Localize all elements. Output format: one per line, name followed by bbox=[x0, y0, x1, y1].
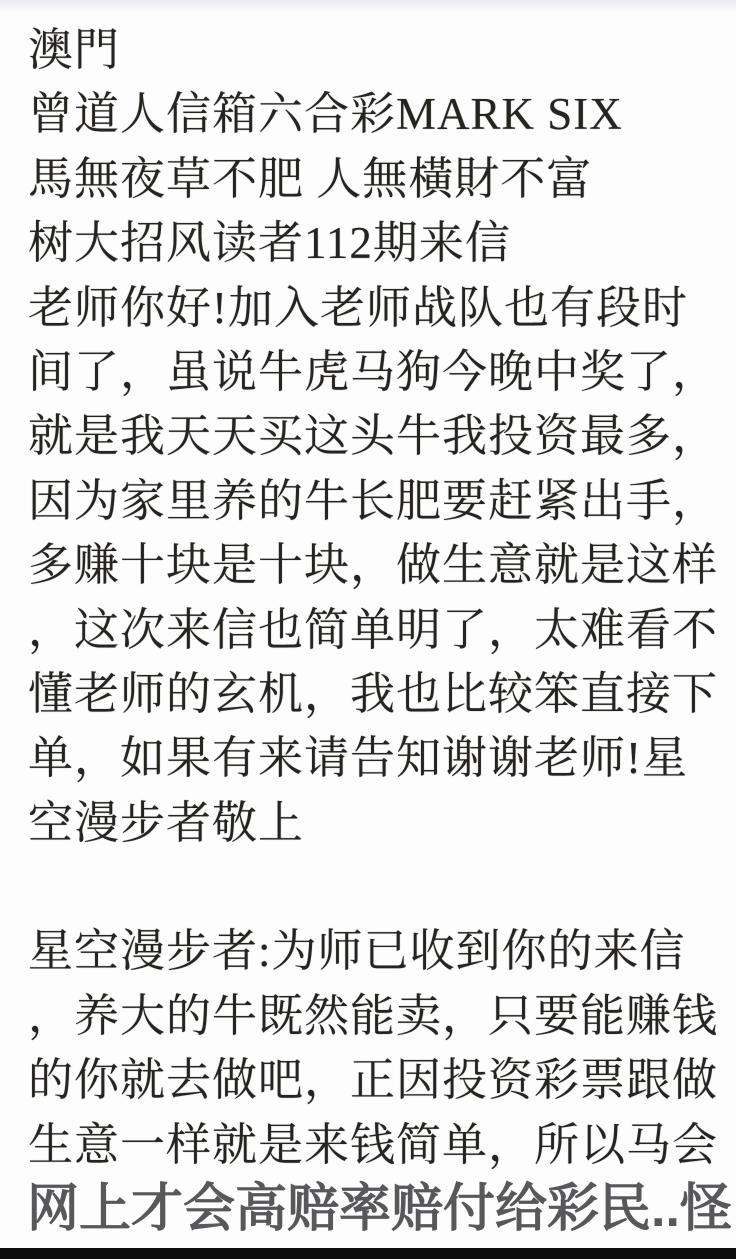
reader-letter-line: 因为家里养的牛长肥要赶紧出手， bbox=[28, 469, 722, 533]
reader-letter-line: ，这次来信也简单明了，太难看不 bbox=[28, 598, 722, 662]
reader-letter-text: 空漫步者敬上 bbox=[28, 798, 304, 848]
motto-line: 馬無夜草不肥 人無橫財不富 bbox=[28, 147, 722, 211]
reply-line: 星空漫步者:为师已收到你的来信 bbox=[28, 919, 722, 983]
reader-letter-line: 懂老师的玄机，我也比较笨直接下 bbox=[28, 662, 722, 726]
reader-letter-text: 就是我天天买这头牛我投资最多， bbox=[28, 411, 718, 461]
title-line: 曾道人信箱六合彩MARK SIX bbox=[28, 82, 722, 146]
reply-line: ，养大的牛既然能卖，只要能赚钱 bbox=[28, 984, 722, 1048]
reader-letter-text: 间了，虽说牛虎马狗今晚中奖了， bbox=[28, 347, 718, 397]
reply-text: 生意一样就是来钱简单，所以马会 bbox=[28, 1120, 718, 1170]
issue-heading-text: 树大招风读者112期来信 bbox=[28, 218, 511, 268]
video-subtitle-overlay: 网上才会高赔率赔付给彩民..怪 bbox=[27, 1178, 727, 1240]
reader-letter-line: 老师你好!加入老师战队也有段时 bbox=[28, 276, 722, 340]
reader-letter-text: 因为家里养的牛长肥要赶紧出手， bbox=[28, 476, 718, 526]
issue-heading-line: 树大招风读者112期来信 bbox=[28, 211, 722, 275]
reader-letter-text: 懂老师的玄机，我也比较笨直接下 bbox=[28, 669, 718, 719]
reply-text: ，养大的牛既然能卖，只要能赚钱 bbox=[28, 991, 718, 1041]
reply-line: 的你就去做吧，正因投资彩票跟做 bbox=[28, 1048, 722, 1112]
reader-letter-line: 多赚十块是十块，做生意就是这样 bbox=[28, 533, 722, 597]
paragraph-gap bbox=[28, 855, 722, 919]
reply-text: 的你就去做吧，正因投资彩票跟做 bbox=[28, 1055, 718, 1105]
reply-line: 生意一样就是来钱简单，所以马会 bbox=[28, 1113, 722, 1177]
reader-letter-line: 就是我天天买这头牛我投资最多， bbox=[28, 404, 722, 468]
reader-letter-text: ，这次来信也简单明了，太难看不 bbox=[28, 605, 718, 655]
letter-photo-page: 澳門 曾道人信箱六合彩MARK SIX 馬無夜草不肥 人無橫財不富 树大招风读者… bbox=[0, 0, 736, 1259]
location-text: 澳門 bbox=[28, 25, 120, 75]
reader-letter-line: 单，如果有来请告知谢谢老师!星 bbox=[28, 726, 722, 790]
motto-text: 馬無夜草不肥 人無橫財不富 bbox=[28, 154, 592, 204]
reader-letter-text: 老师你好!加入老师战队也有段时 bbox=[28, 283, 688, 333]
letter-text-block: 澳門 曾道人信箱六合彩MARK SIX 馬無夜草不肥 人無橫財不富 树大招风读者… bbox=[28, 18, 722, 1177]
reader-letter-line: 空漫步者敬上 bbox=[28, 791, 722, 855]
reader-letter-text: 单，如果有来请告知谢谢老师!星 bbox=[28, 733, 688, 783]
reader-letter-text: 多赚十块是十块，做生意就是这样 bbox=[28, 540, 718, 590]
reply-text: 星空漫步者:为师已收到你的来信 bbox=[28, 926, 686, 976]
reader-letter-line: 间了，虽说牛虎马狗今晚中奖了， bbox=[28, 340, 722, 404]
top-edge-shade bbox=[0, 0, 736, 12]
location-line: 澳門 bbox=[28, 18, 722, 82]
title-text: 曾道人信箱六合彩MARK SIX bbox=[28, 89, 623, 139]
bottom-letterbox-bar bbox=[0, 1248, 736, 1259]
